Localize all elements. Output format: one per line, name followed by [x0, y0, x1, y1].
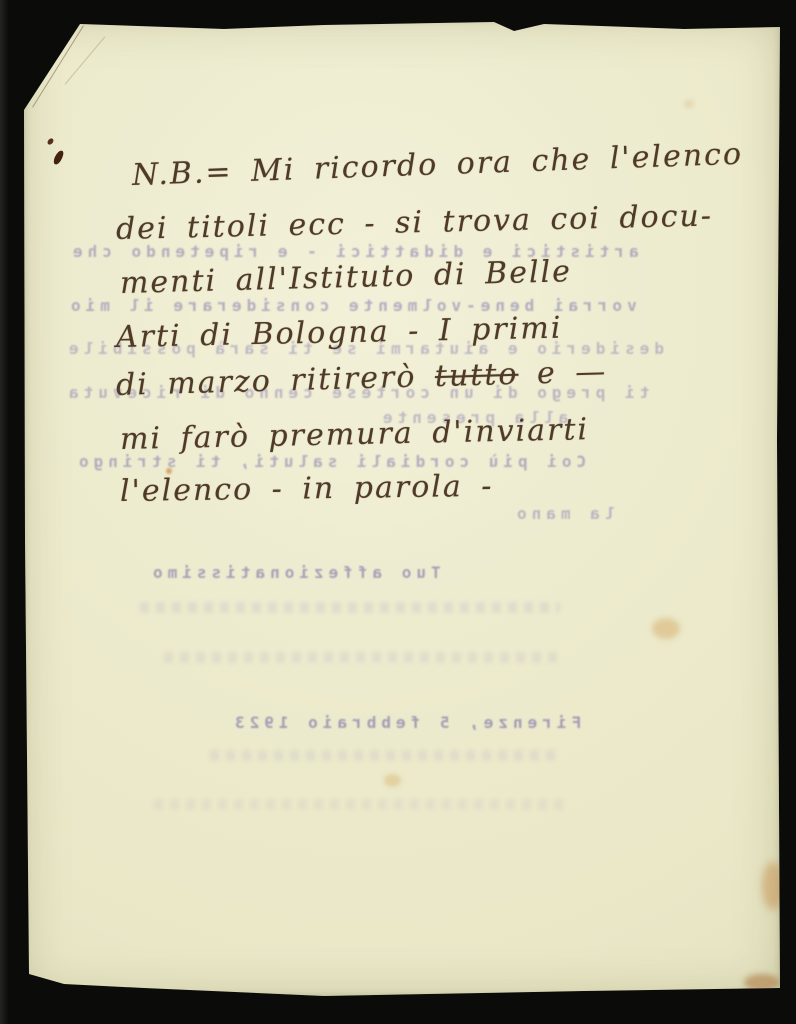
handwritten-text: e —	[518, 354, 608, 391]
handwritten-text: menti all'Istituto di Belle	[120, 254, 573, 301]
ink-speck	[52, 149, 64, 166]
bleedthrough-line: la mano	[512, 504, 614, 523]
handwritten-line-1: N.B.= Mi ricordo ora che l'elenco	[131, 137, 743, 193]
handwritten-text: l'elenco - in parola -	[120, 469, 494, 509]
handwritten-text: mi farò premura d'inviarti	[120, 412, 590, 457]
handwritten-line-6: mi farò premura d'inviarti	[120, 412, 590, 457]
struck-word: tutto	[434, 357, 519, 394]
letter-page: artistici e didattici - e ripetendo che …	[24, 20, 780, 996]
handwritten-line-7: l'elenco - in parola -	[120, 469, 494, 509]
handwritten-line-2: dei titoli ecc - si trova coi docu-	[116, 198, 714, 247]
foxing-stain	[684, 100, 694, 108]
foxing-stain	[762, 862, 784, 910]
illegible-bleedthrough-smudge	[164, 652, 564, 663]
handwritten-line-3: menti all'Istituto di Belle	[120, 254, 573, 301]
scanner-edge-shadow	[0, 0, 9, 1024]
illegible-bleedthrough-smudge	[210, 750, 562, 761]
handwritten-text: dei titoli ecc - si trova coi docu-	[116, 198, 714, 247]
illegible-bleedthrough-smudge	[140, 602, 560, 613]
handwritten-text: N.B.= Mi ricordo ora che l'elenco	[131, 137, 743, 193]
bleedthrough-date-line: Firenze, 5 febbraio 1923	[230, 713, 581, 732]
bleedthrough-signature-line: Tuo affezionatissimo	[148, 563, 441, 582]
corner-crease	[32, 26, 84, 108]
foxing-stain	[744, 974, 780, 991]
foxing-stain	[384, 774, 401, 787]
ink-speck	[46, 137, 54, 146]
foxing-stain	[652, 618, 680, 639]
illegible-bleedthrough-smudge	[154, 799, 564, 810]
